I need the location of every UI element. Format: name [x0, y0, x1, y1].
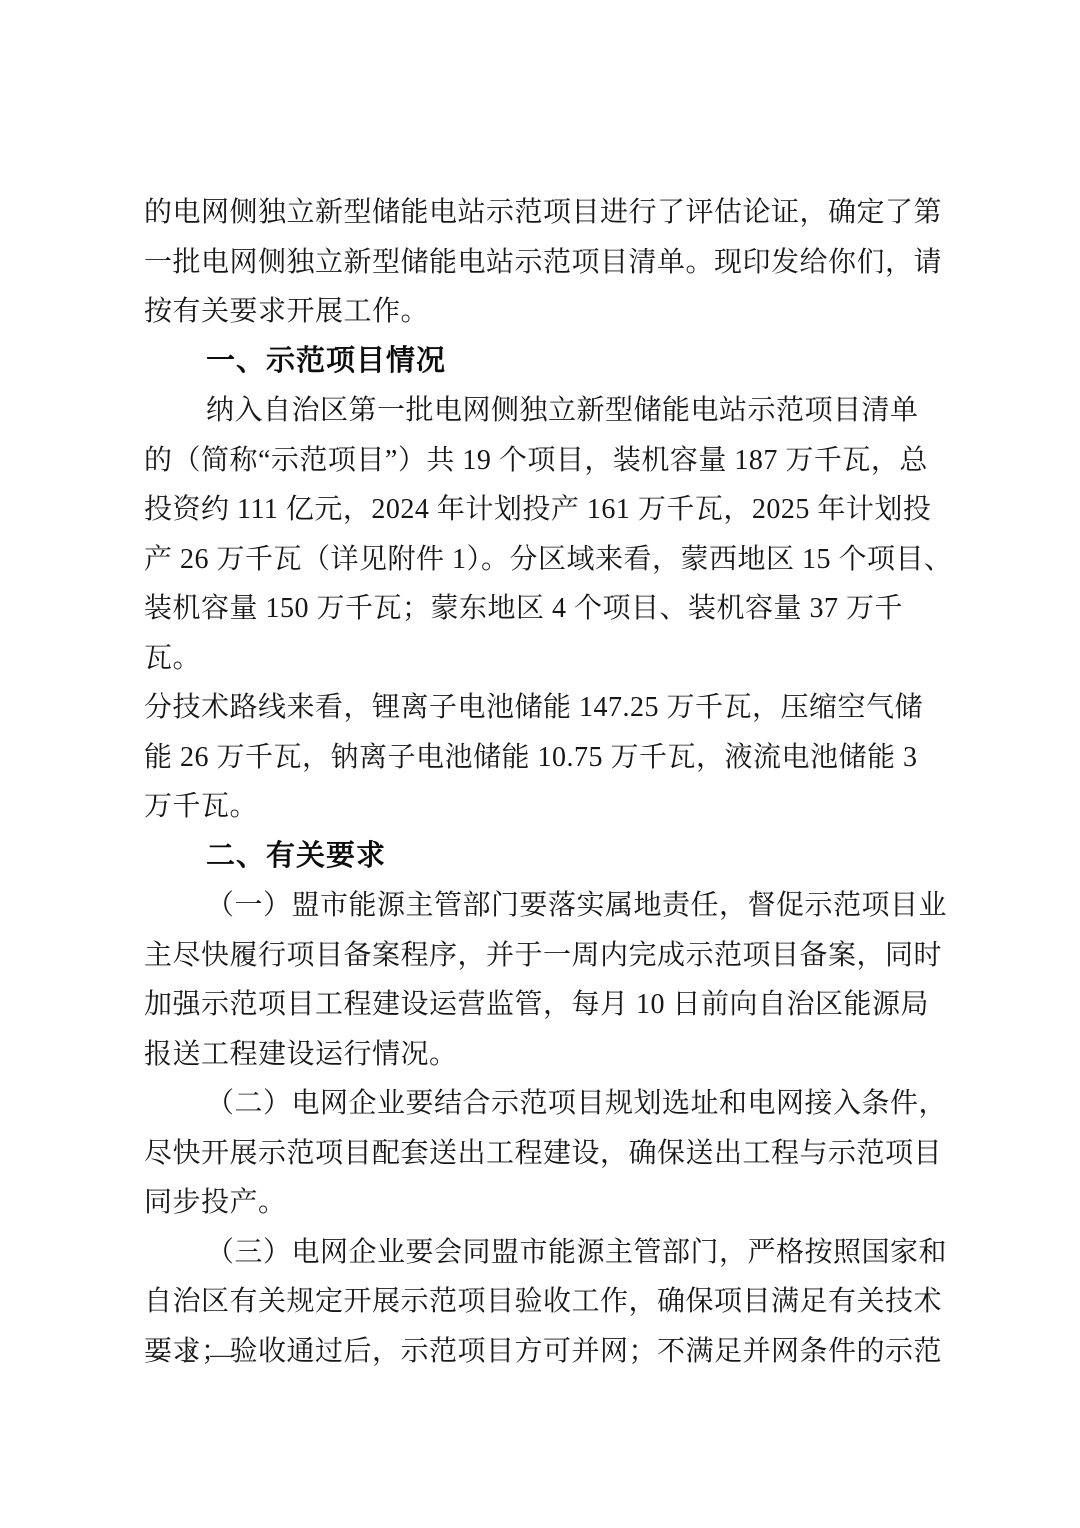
- requirement-item-3: （三）电网企业要会同盟市能源主管部门，严格按照国家和 自治区有关规定开展示范项目…: [144, 1228, 956, 1377]
- document-body: 的电网侧独立新型储能电站示范项目进行了评估论证，确定了第 一批电网侧独立新型储能…: [144, 188, 956, 1376]
- page-number: — 2 —: [146, 1338, 238, 1372]
- requirement-item-1: （一）盟市能源主管部门要落实属地责任，督促示范项目业 主尽快履行项目备案程序，并…: [144, 881, 956, 1079]
- section-1-heading: 一、示范项目情况: [144, 337, 956, 387]
- intro-continuation-paragraph: 的电网侧独立新型储能电站示范项目进行了评估论证，确定了第 一批电网侧独立新型储能…: [144, 188, 956, 337]
- document-page: 的电网侧独立新型储能电站示范项目进行了评估论证，确定了第 一批电网侧独立新型储能…: [0, 0, 1080, 1528]
- section-2-heading: 二、有关要求: [144, 832, 956, 882]
- requirement-item-2: （二）电网企业要结合示范项目规划选址和电网接入条件， 尽快开展示范项目配套送出工…: [144, 1079, 956, 1228]
- section-1-paragraph: 纳入自治区第一批电网侧独立新型储能电站示范项目清单 的（简称“示范项目”）共 1…: [144, 386, 956, 832]
